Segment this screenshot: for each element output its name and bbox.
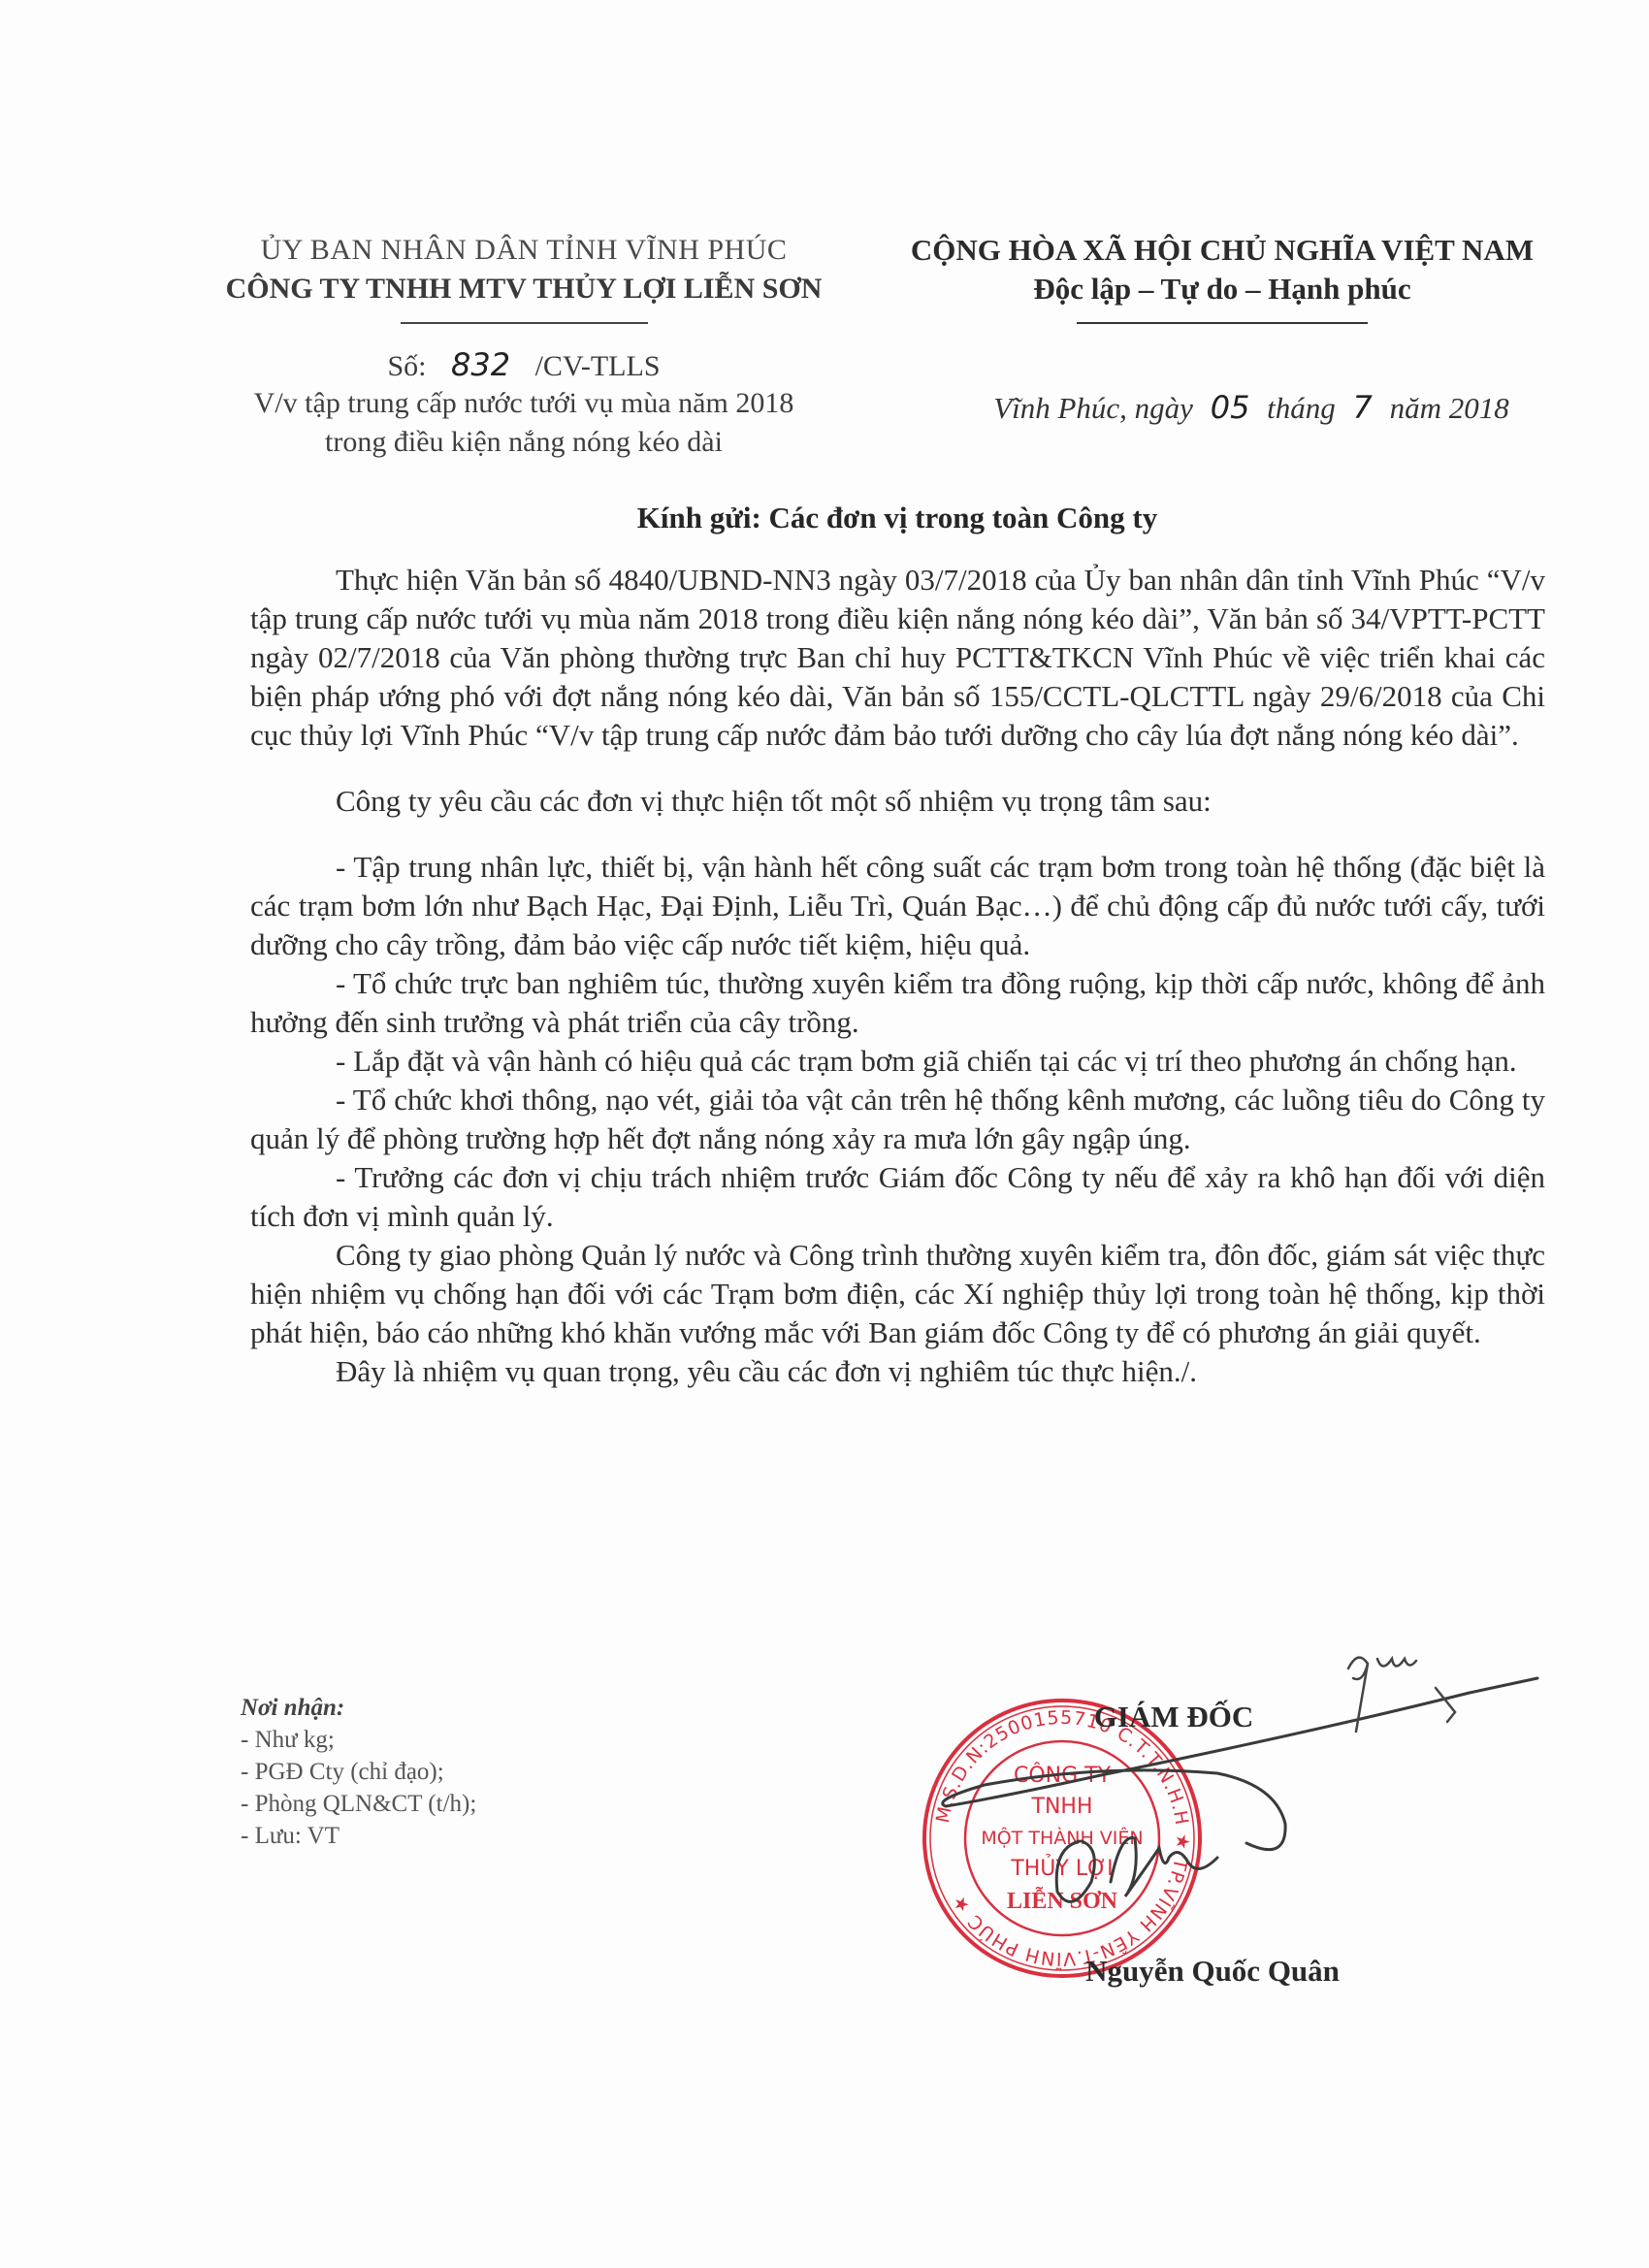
task-item: - Tổ chức trực ban nghiêm túc, thường xu… <box>250 964 1545 1042</box>
date-year: năm 2018 <box>1390 391 1509 425</box>
motto-divider <box>1077 322 1368 324</box>
authority-name: ỦY BAN NHÂN DÂN TỈNH VĨNH PHÚC <box>175 231 873 270</box>
recipient-item: - Phòng QLN&CT (t/h); <box>241 1788 726 1820</box>
document-number: Số: 832 /CV-TLLS <box>175 345 873 386</box>
body-paragraph: Thực hiện Văn bản số 4840/UBND-NN3 ngày … <box>250 561 1545 755</box>
issuing-authority-header: ỦY BAN NHÂN DÂN TỈNH VĨNH PHÚC CÔNG TY T… <box>175 231 873 324</box>
document-subject: V/v tập trung cấp nước tưới vụ mùa năm 2… <box>175 384 873 462</box>
recipients-block: Nơi nhận: - Như kg; - PGĐ Cty (chỉ đạo);… <box>241 1692 726 1852</box>
company-name: CÔNG TY TNHH MTV THỦY LỢI LIỄN SƠN <box>175 270 873 308</box>
scanned-document-page: ỦY BAN NHÂN DÂN TỈNH VĨNH PHÚC CÔNG TY T… <box>0 0 1649 2268</box>
task-item: - Tổ chức khơi thông, nạo vét, giải tỏa … <box>250 1081 1545 1158</box>
recipients-title: Nơi nhận: <box>241 1692 726 1724</box>
closing-paragraph: Đây là nhiệm vụ quan trọng, yêu cầu các … <box>250 1352 1545 1391</box>
document-number-value: 832 <box>451 346 510 383</box>
recipient-item: - Lưu: VT <box>241 1820 726 1852</box>
body-paragraph: Công ty giao phòng Quản lý nước và Công … <box>250 1236 1545 1352</box>
national-header: CỘNG HÒA XÃ HỘI CHỦ NGHĨA VIỆT NAM Độc l… <box>883 231 1562 324</box>
document-body: Thực hiện Văn bản số 4840/UBND-NN3 ngày … <box>250 561 1545 1391</box>
date-place: Vĩnh Phúc, ngày <box>993 391 1193 425</box>
subject-line-2: trong điều kiện nắng nóng kéo dài <box>175 423 873 462</box>
national-title: CỘNG HÒA XÃ HỘI CHỦ NGHĨA VIỆT NAM <box>883 231 1562 270</box>
subject-line-1: V/v tập trung cấp nước tưới vụ mùa năm 2… <box>175 384 873 423</box>
task-item: - Trưởng các đơn vị chịu trách nhiệm trư… <box>250 1158 1545 1236</box>
task-item: - Tập trung nhân lực, thiết bị, vận hành… <box>250 848 1545 964</box>
recipient-item: - PGĐ Cty (chỉ đạo); <box>241 1756 726 1788</box>
document-number-suffix: /CV-TLLS <box>535 350 661 382</box>
task-item: - Lắp đặt và vận hành có hiệu quả các tr… <box>250 1042 1545 1081</box>
date-day: 05 <box>1211 389 1250 426</box>
national-motto: Độc lập – Tự do – Hạnh phúc <box>883 270 1562 308</box>
salutation: Kính gửi: Các đơn vị trong toàn Công ty <box>242 497 1552 539</box>
date-month: 7 <box>1353 389 1373 426</box>
document-date: Vĩnh Phúc, ngày 05 tháng 7 năm 2018 <box>921 388 1581 428</box>
recipient-item: - Như kg; <box>241 1724 726 1756</box>
date-month-label: tháng <box>1267 391 1336 425</box>
header-divider <box>401 322 648 324</box>
document-number-prefix: Số: <box>387 350 426 382</box>
initials-mark-icon <box>1339 1639 1465 1736</box>
signer-name: Nguyễn Quốc Quân <box>1009 1954 1416 1989</box>
body-paragraph: Công ty yêu cầu các đơn vị thực hiện tốt… <box>250 782 1545 821</box>
